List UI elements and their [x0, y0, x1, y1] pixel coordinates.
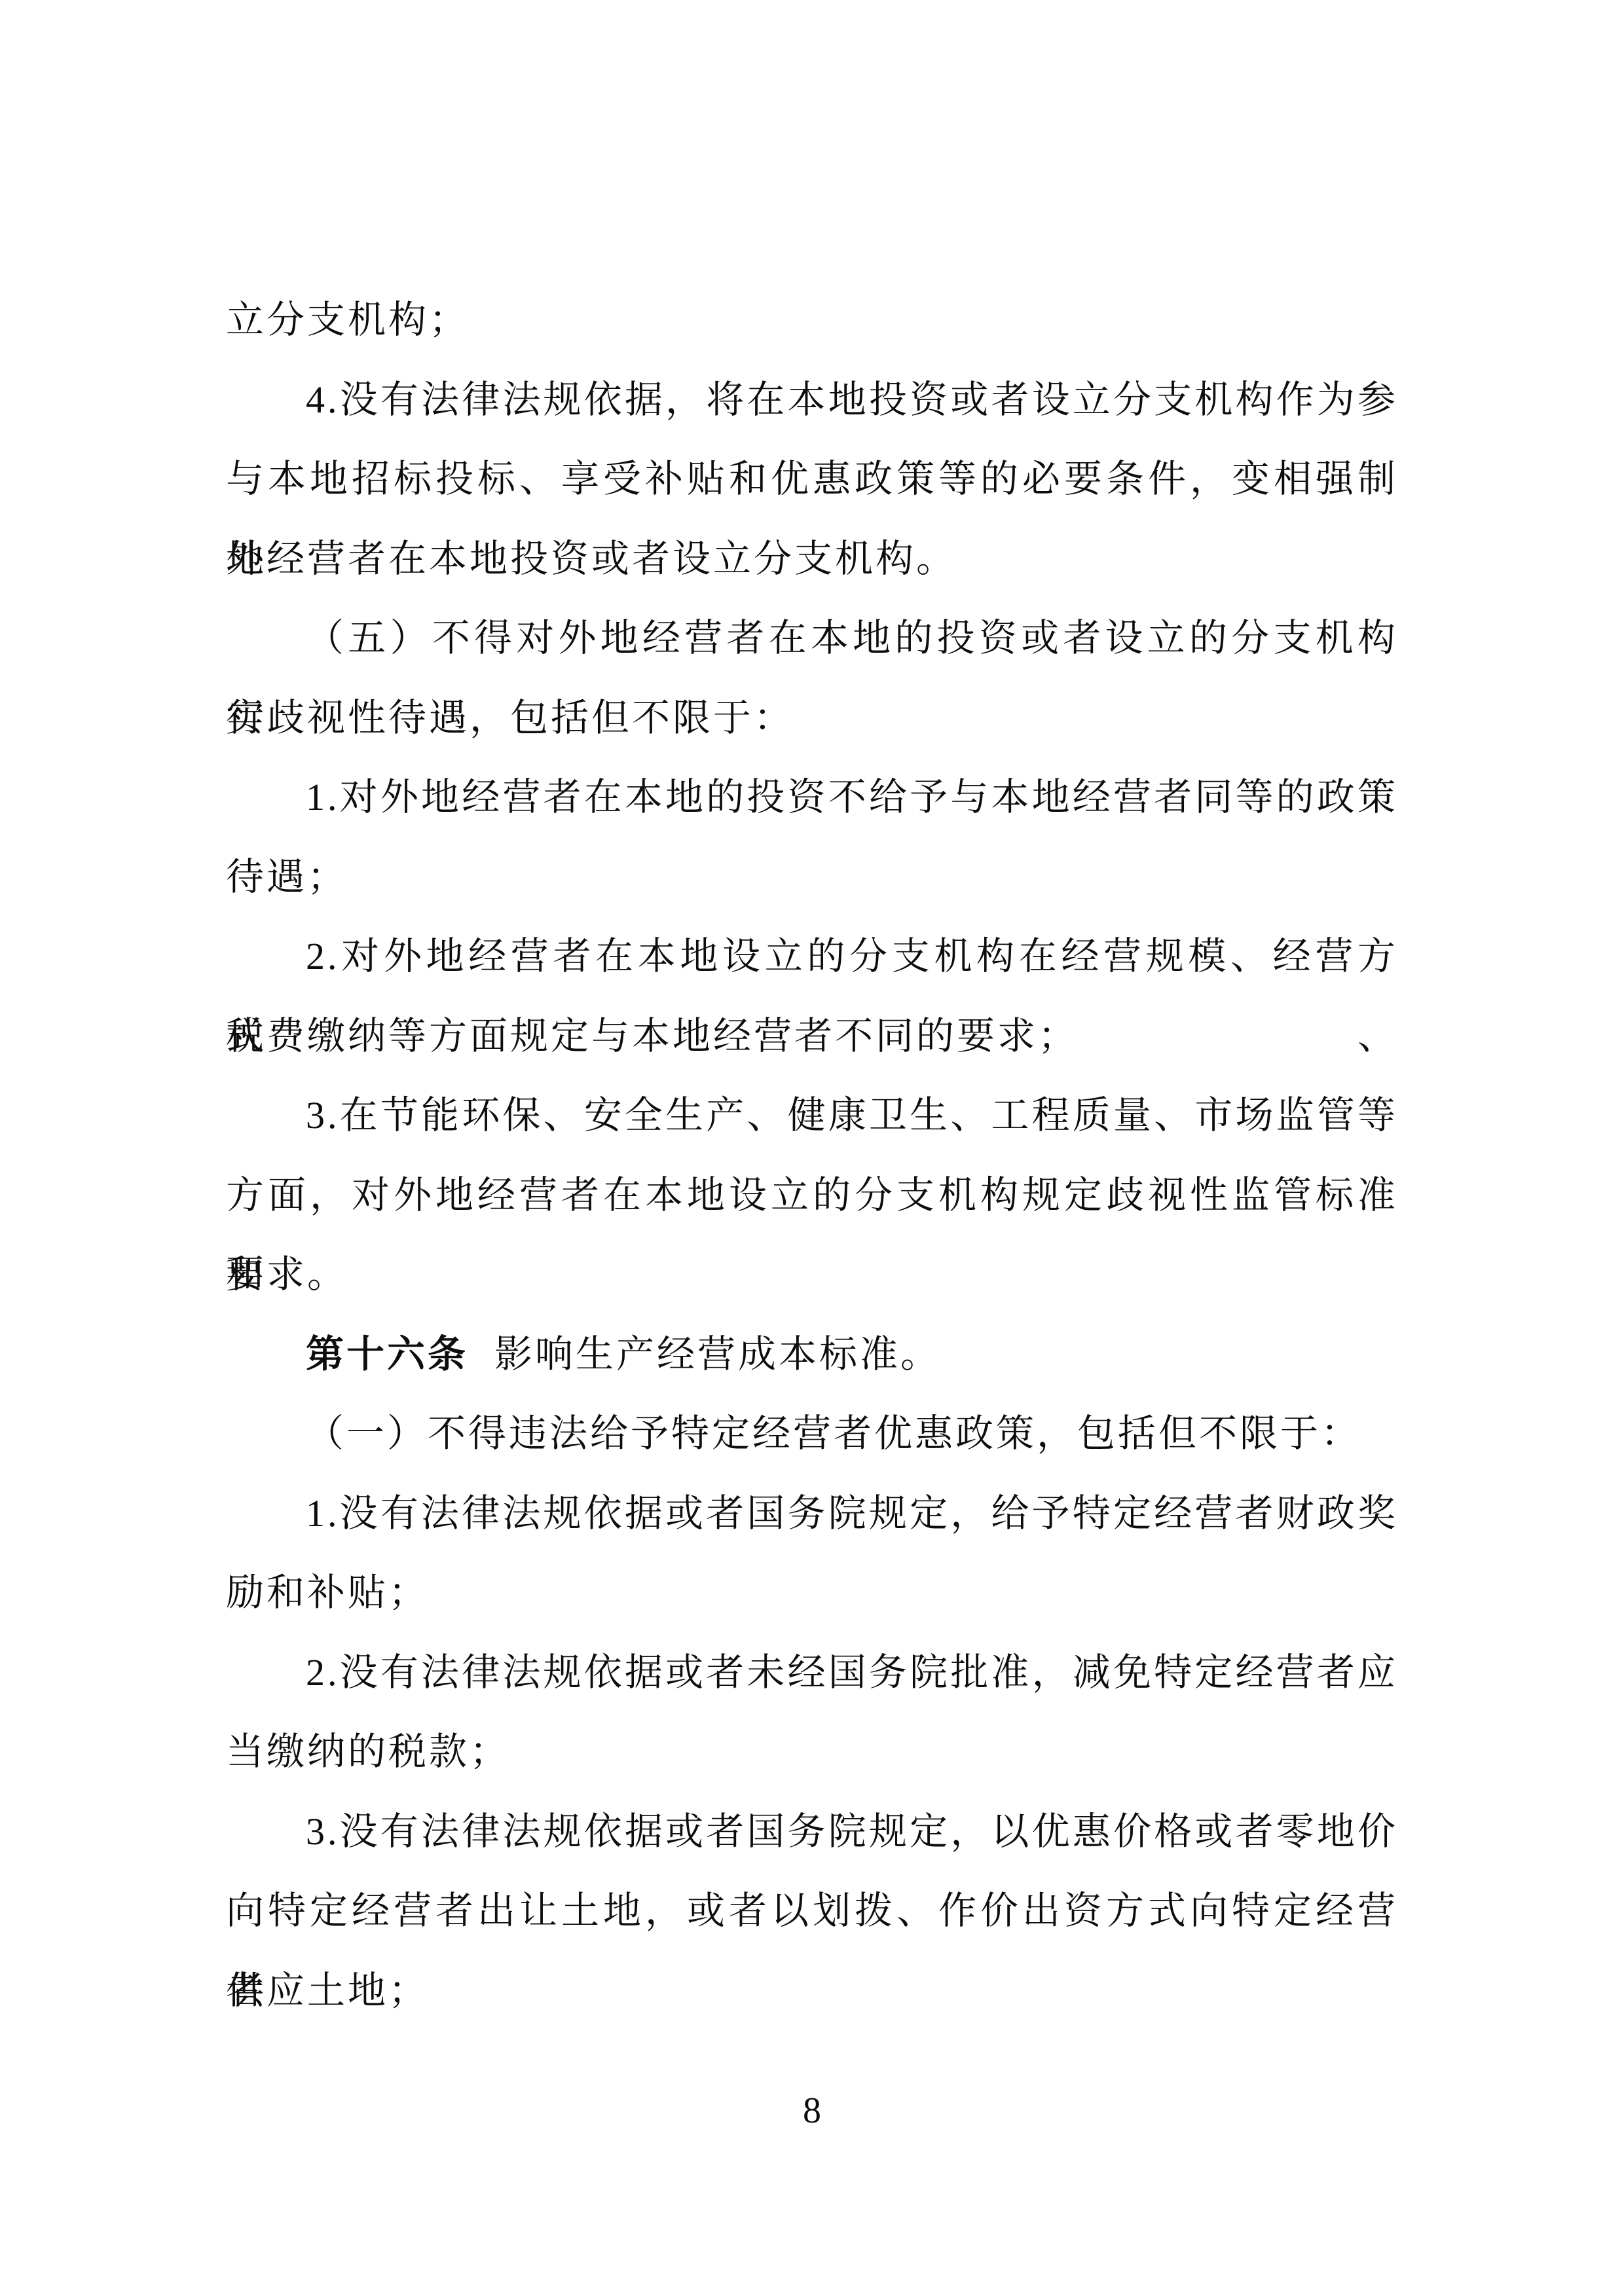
document-body: 立分支机构；4.没有法律法规依据，将在本地投资或者设立分支机构作为参与本地招标投… [226, 280, 1398, 2030]
text-line-11: 3.在节能环保、安全生产、健康卫生、工程质量、市场监管等 [226, 1076, 1398, 1156]
text-line-18: 2.没有法律法规依据或者未经国务院批准，减免特定经营者应 [226, 1633, 1398, 1713]
page-number: 8 [0, 2092, 1624, 2129]
text-line-1: 立分支机构； [226, 280, 1398, 360]
text-line-9: 2.对外地经营者在本地设立的分支机构在经营规模、经营方式、 [226, 917, 1398, 996]
text-line-22: 供应土地； [226, 1951, 1398, 2031]
text-line-5: （五）不得对外地经营者在本地的投资或者设立的分支机构实 [226, 598, 1398, 678]
text-line-2: 4.没有法律法规依据，将在本地投资或者设立分支机构作为参 [226, 360, 1398, 440]
text-line-13: 要求。 [226, 1235, 1398, 1315]
text-line-14: 第十六条影响生产经营成本标准。 [226, 1315, 1398, 1394]
text-line-17: 励和补贴； [226, 1553, 1398, 1633]
article-number-bold: 第十六条 [306, 1333, 468, 1376]
text-line-12: 方面，对外地经营者在本地设立的分支机构规定歧视性监管标准和 [226, 1156, 1398, 1235]
text-line-8: 待遇； [226, 837, 1398, 917]
text-line-6: 行歧视性待遇，包括但不限于： [226, 678, 1398, 758]
text-line-20: 3.没有法律法规依据或者国务院规定，以优惠价格或者零地价 [226, 1792, 1398, 1872]
text-line-16: 1.没有法律法规依据或者国务院规定，给予特定经营者财政奖 [226, 1474, 1398, 1554]
document-page: 立分支机构；4.没有法律法规依据，将在本地投资或者设立分支机构作为参与本地招标投… [0, 0, 1624, 2296]
text-line-4: 地经营者在本地投资或者设立分支机构。 [226, 519, 1398, 599]
text-line-7: 1.对外地经营者在本地的投资不给予与本地经营者同等的政策 [226, 757, 1398, 837]
text-line-21: 向特定经营者出让土地，或者以划拨、作价出资方式向特定经营者 [226, 1871, 1398, 1951]
text-line-19: 当缴纳的税款； [226, 1712, 1398, 1792]
text-line-15: （一）不得违法给予特定经营者优惠政策，包括但不限于： [226, 1394, 1398, 1474]
text-line-3: 与本地招标投标、享受补贴和优惠政策等的必要条件，变相强制外 [226, 439, 1398, 519]
